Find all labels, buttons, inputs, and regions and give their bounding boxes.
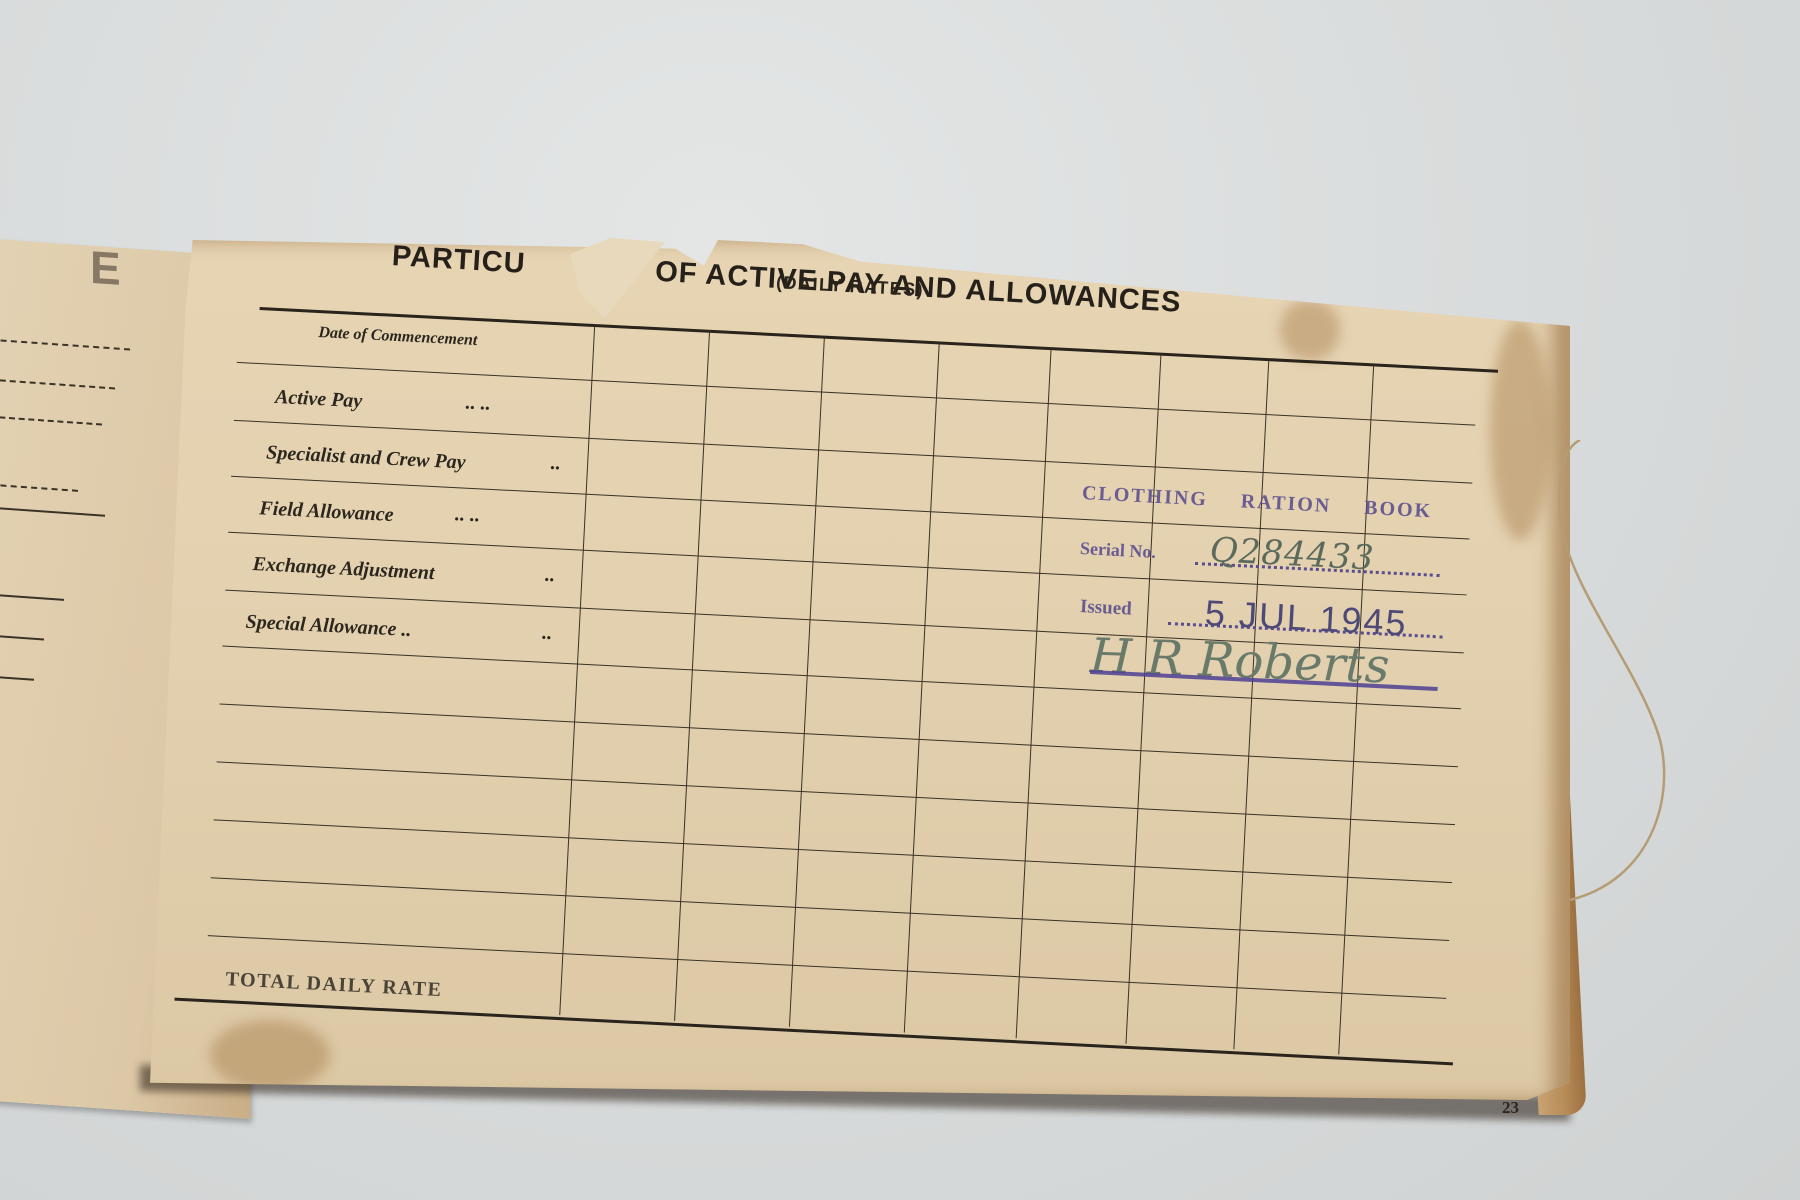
column-divider	[559, 326, 595, 1015]
row-dots: .. ..	[464, 392, 490, 416]
left-page-rule	[0, 634, 44, 640]
column-divider	[1016, 349, 1052, 1038]
column-divider	[904, 343, 940, 1032]
row-dots: ..	[550, 452, 561, 475]
column-divider	[1338, 365, 1374, 1054]
row-rule	[217, 761, 1455, 825]
left-page-rule	[0, 338, 130, 350]
left-page-rule	[0, 506, 105, 517]
left-page-corner-mark: E	[90, 240, 141, 298]
title-part-1: PARTICU	[391, 240, 526, 280]
stain	[1280, 300, 1340, 360]
row-label-exchange-adjustment: Exchange Adjustment	[252, 553, 435, 585]
row-rule	[220, 703, 1458, 767]
pay-table: Date of Commencement Active Pay .. .. Sp…	[203, 300, 1529, 1104]
column-divider	[1233, 360, 1269, 1049]
total-daily-rate-label: TOTAL DAILY RATE	[225, 968, 443, 1002]
row-rule	[237, 362, 1475, 426]
left-page-rule	[0, 415, 102, 426]
row-dots: ..	[541, 622, 552, 645]
serial-number: Q284433	[1209, 530, 1376, 579]
date-of-commencement-header: Date of Commencement	[318, 324, 478, 350]
column-divider	[674, 332, 710, 1021]
stamp-issued-label: Issued	[1079, 596, 1132, 621]
row-label-specialist-crew-pay: Specialist and Crew Pay	[266, 442, 466, 475]
left-page-rule	[0, 378, 115, 389]
left-page-rule	[0, 675, 34, 681]
row-rule	[211, 877, 1449, 941]
row-label-active-pay: Active Pay	[275, 386, 363, 413]
page-number: 23	[1502, 1098, 1519, 1118]
left-page-rule	[0, 483, 78, 492]
column-divider	[789, 338, 825, 1027]
row-dots: .. ..	[454, 503, 480, 527]
row-rule	[214, 819, 1452, 883]
left-page-rule	[0, 593, 64, 601]
row-label-special-allowance: Special Allowance ..	[245, 611, 412, 642]
row-label-field-allowance: Field Allowance	[259, 497, 394, 527]
loose-thread	[1530, 440, 1690, 910]
column-divider	[1126, 355, 1162, 1044]
stamp-serial-label: Serial No.	[1079, 538, 1156, 563]
row-dots: ..	[544, 564, 555, 587]
